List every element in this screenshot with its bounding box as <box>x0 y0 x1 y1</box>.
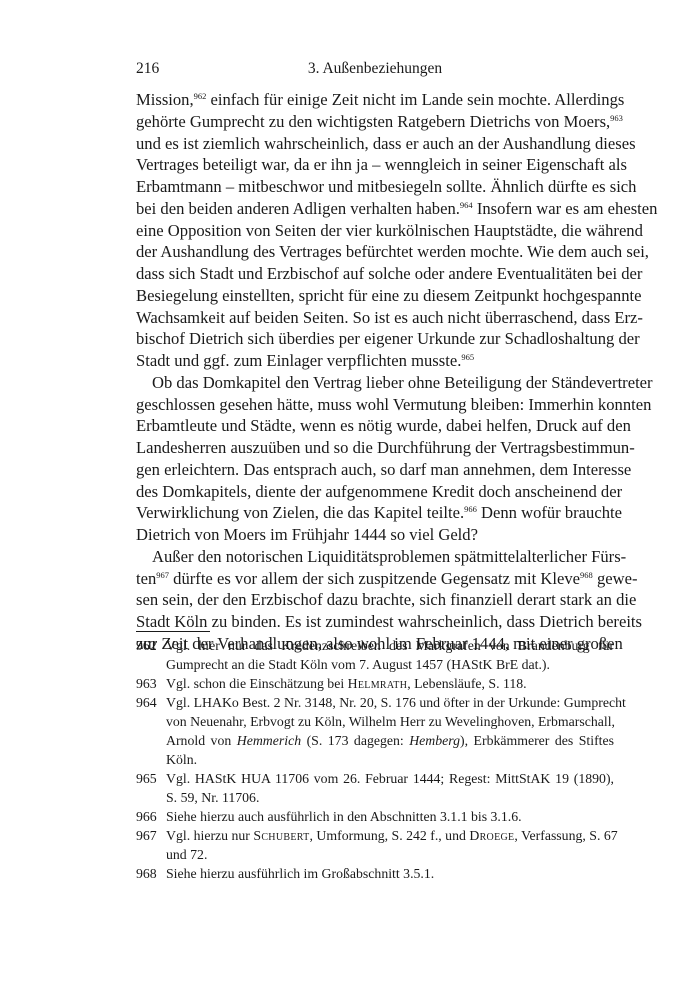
text-run: von Neuenahr, Erbvogt zu Köln, Wilhelm H… <box>166 714 615 729</box>
text-run: Vgl. HAStK HUA 11706 vom 26. Februar 144… <box>166 771 614 786</box>
body-line: Erbamtmann – mitbeschwor und mitbesiegel… <box>136 176 614 198</box>
author-name: Helmrath <box>348 676 408 691</box>
text-run: Stadt und ggf. zum Einlager verpflichten… <box>136 351 461 370</box>
footnote-line: Gumprecht an die Stadt Köln vom 7. Augus… <box>166 655 614 674</box>
author-name: Droege <box>469 828 514 843</box>
text-run: Besiegelung einstellten, spricht für ein… <box>136 286 642 305</box>
text-run: Außer den notorischen Liquiditätsproblem… <box>152 547 626 566</box>
text-run: gehörte Gumprecht zu den wichtigsten Rat… <box>136 112 610 131</box>
text-run: Vgl. schon die Einschätzung bei <box>166 676 348 691</box>
footnote-962: 962Vgl. hier nur das Kredenzschreiben de… <box>136 636 614 674</box>
body-line: Außer den notorischen Liquiditätsproblem… <box>136 546 614 568</box>
text-run: Vgl. LHAKo Best. 2 Nr. 3148, Nr. 20, S. … <box>166 695 626 710</box>
body-line: der Aushandlung des Vertrages befürchtet… <box>136 241 614 263</box>
text-run: , Umformung, S. 242 f., und <box>310 828 470 843</box>
body-line: gehörte Gumprecht zu den wichtigsten Rat… <box>136 111 614 133</box>
body-line: Besiegelung einstellten, spricht für ein… <box>136 285 614 307</box>
text-run: Ob das Domkapitel den Vertrag lieber ohn… <box>152 373 653 392</box>
text-run: , Lebensläufe, S. 118. <box>407 676 526 691</box>
italic-text: Hemberg <box>409 733 460 748</box>
text-run: Wachsamkeit auf beiden Seiten. So ist es… <box>136 308 643 327</box>
body-line: Verwirklichung von Zielen, die das Kapit… <box>136 502 614 524</box>
footnote-line: Vgl. schon die Einschätzung bei Helmrath… <box>166 674 614 693</box>
footnote-line: von Neuenahr, Erbvogt zu Köln, Wilhelm H… <box>166 712 614 731</box>
body-line: des Domkapitels, diente der aufgenommene… <box>136 481 614 503</box>
body-line: Stadt und ggf. zum Einlager verpflichten… <box>136 350 614 372</box>
body-line: und es ist ziemlich wahrscheinlich, dass… <box>136 133 614 155</box>
text-run: geschlossen gesehen hätte, muss wohl Ver… <box>136 395 651 414</box>
text-run: einfach für einige Zeit nicht im Lande s… <box>206 90 624 109</box>
body-line: bischof Dietrich sich überdies per eigen… <box>136 328 614 350</box>
footnote-line: S. 59, Nr. 11706. <box>166 788 614 807</box>
footnote-number: 967 <box>136 826 157 845</box>
footnote-963: 963Vgl. schon die Einschätzung bei Helmr… <box>136 674 614 693</box>
author-name: Schubert <box>253 828 309 843</box>
footnote-964: 964Vgl. LHAKo Best. 2 Nr. 3148, Nr. 20, … <box>136 693 614 769</box>
text-run: Verwirklichung von Zielen, die das Kapit… <box>136 503 464 522</box>
footnote-line: Arnold von Hemmerich (S. 173 dagegen: He… <box>166 731 614 750</box>
text-run: bischof Dietrich sich überdies per eigen… <box>136 329 640 348</box>
body-line: geschlossen gesehen hätte, muss wohl Ver… <box>136 394 614 416</box>
running-head: 3. Außenbeziehungen <box>136 60 614 78</box>
text-run: eine Opposition von Seiten der vier kurk… <box>136 221 643 240</box>
footnote-line: und 72. <box>166 845 614 864</box>
text-run: (S. 173 dagegen: <box>301 733 409 748</box>
footnote-reference[interactable]: 962 <box>194 91 207 101</box>
footnote-line: Köln. <box>166 750 614 769</box>
text-run: Landesherren auszuüben und so die Durchf… <box>136 438 635 457</box>
body-line: gen erleichtern. Das entsprach auch, so … <box>136 459 614 481</box>
body-text: Mission,962 einfach für einige Zeit nich… <box>136 89 614 655</box>
text-run: Vertrages beteiligt war, da er ihn ja – … <box>136 155 627 174</box>
footnote-reference[interactable]: 967 <box>156 570 169 580</box>
text-run: bei den beiden anderen Adligen verhalten… <box>136 199 460 218</box>
text-run: Gumprecht an die Stadt Köln vom 7. Augus… <box>166 657 550 672</box>
body-line: Ob das Domkapitel den Vertrag lieber ohn… <box>136 372 614 394</box>
text-run: , Verfassung, S. 67 <box>514 828 617 843</box>
footnote-separator <box>136 631 210 632</box>
text-run: Insofern war es am ehesten <box>473 199 658 218</box>
footnote-number: 965 <box>136 769 157 788</box>
body-line: ten967 dürfte es vor allem der sich zusp… <box>136 568 614 590</box>
footnote-line: Vgl. hier nur das Kredenzschreiben des M… <box>166 636 614 655</box>
body-line: Landesherren auszuüben und so die Durchf… <box>136 437 614 459</box>
text-run: Mission, <box>136 90 194 109</box>
footnote-line: Siehe hierzu ausführlich im Großabschnit… <box>166 864 614 883</box>
text-run: dass sich Stadt und Erzbischof auf solch… <box>136 264 642 283</box>
body-line: Wachsamkeit auf beiden Seiten. So ist es… <box>136 307 614 329</box>
text-run: des Domkapitels, diente der aufgenommene… <box>136 482 622 501</box>
text-run: Vgl. hier nur das Kredenzschreiben des M… <box>166 638 614 653</box>
footnote-reference[interactable]: 966 <box>464 504 477 514</box>
italic-text: Hemmerich <box>237 733 301 748</box>
footnote-number: 963 <box>136 674 157 693</box>
footnote-967: 967Vgl. hierzu nur Schubert, Umformung, … <box>136 826 614 864</box>
footnote-968: 968Siehe hierzu ausführlich im Großabsch… <box>136 864 614 883</box>
text-run: Vgl. hierzu nur <box>166 828 253 843</box>
text-run: Siehe hierzu auch ausführlich in den Abs… <box>166 809 522 824</box>
text-run: gewe- <box>593 569 638 588</box>
text-run: Siehe hierzu ausführlich im Großabschnit… <box>166 866 434 881</box>
footnote-966: 966Siehe hierzu auch ausführlich in den … <box>136 807 614 826</box>
text-run: dürfte es vor allem der sich zuspitzende… <box>169 569 580 588</box>
body-line: dass sich Stadt und Erzbischof auf solch… <box>136 263 614 285</box>
text-run: Erbamtleute und Städte, wenn es nötig wu… <box>136 416 631 435</box>
footnotes: 962Vgl. hier nur das Kredenzschreiben de… <box>136 636 614 883</box>
text-run: Köln. <box>166 752 197 767</box>
text-run: Dietrich von Moers im Frühjahr 1444 so v… <box>136 525 478 544</box>
text-run: ten <box>136 569 156 588</box>
footnote-number: 962 <box>136 636 157 655</box>
text-run: ), Erbkämmerer des Stiftes <box>460 733 614 748</box>
body-line: Stadt Köln zu binden. Es ist zumindest w… <box>136 611 614 633</box>
text-run: der Aushandlung des Vertrages befürchtet… <box>136 242 649 261</box>
page-header: 216 3. Außenbeziehungen <box>136 60 614 80</box>
body-line: Dietrich von Moers im Frühjahr 1444 so v… <box>136 524 614 546</box>
text-run: Stadt Köln zu binden. Es ist zumindest w… <box>136 612 642 631</box>
text-run: sen sein, der den Erzbischof dazu bracht… <box>136 590 636 609</box>
footnote-reference[interactable]: 963 <box>610 113 623 123</box>
text-run: Denn wofür brauchte <box>477 503 622 522</box>
footnote-reference[interactable]: 968 <box>580 570 593 580</box>
footnote-number: 968 <box>136 864 157 883</box>
text-run: gen erleichtern. Das entsprach auch, so … <box>136 460 631 479</box>
footnote-line: Siehe hierzu auch ausführlich in den Abs… <box>166 807 614 826</box>
footnote-line: Vgl. LHAKo Best. 2 Nr. 3148, Nr. 20, S. … <box>166 693 614 712</box>
text-run: Arnold von <box>166 733 237 748</box>
footnote-line: Vgl. HAStK HUA 11706 vom 26. Februar 144… <box>166 769 614 788</box>
text-run: und es ist ziemlich wahrscheinlich, dass… <box>136 134 636 153</box>
body-line: sen sein, der den Erzbischof dazu bracht… <box>136 589 614 611</box>
footnote-number: 964 <box>136 693 157 712</box>
body-line: Erbamtleute und Städte, wenn es nötig wu… <box>136 415 614 437</box>
body-line: bei den beiden anderen Adligen verhalten… <box>136 198 614 220</box>
footnote-965: 965Vgl. HAStK HUA 11706 vom 26. Februar … <box>136 769 614 807</box>
footnote-line: Vgl. hierzu nur Schubert, Umformung, S. … <box>166 826 614 845</box>
text-run: S. 59, Nr. 11706. <box>166 790 259 805</box>
text-run: und 72. <box>166 847 207 862</box>
footnote-reference[interactable]: 964 <box>460 200 473 210</box>
body-line: eine Opposition von Seiten der vier kurk… <box>136 220 614 242</box>
footnote-number: 966 <box>136 807 157 826</box>
text-run: Erbamtmann – mitbeschwor und mitbesiegel… <box>136 177 636 196</box>
footnote-reference[interactable]: 965 <box>461 352 474 362</box>
body-line: Vertrages beteiligt war, da er ihn ja – … <box>136 154 614 176</box>
body-line: Mission,962 einfach für einige Zeit nich… <box>136 89 614 111</box>
